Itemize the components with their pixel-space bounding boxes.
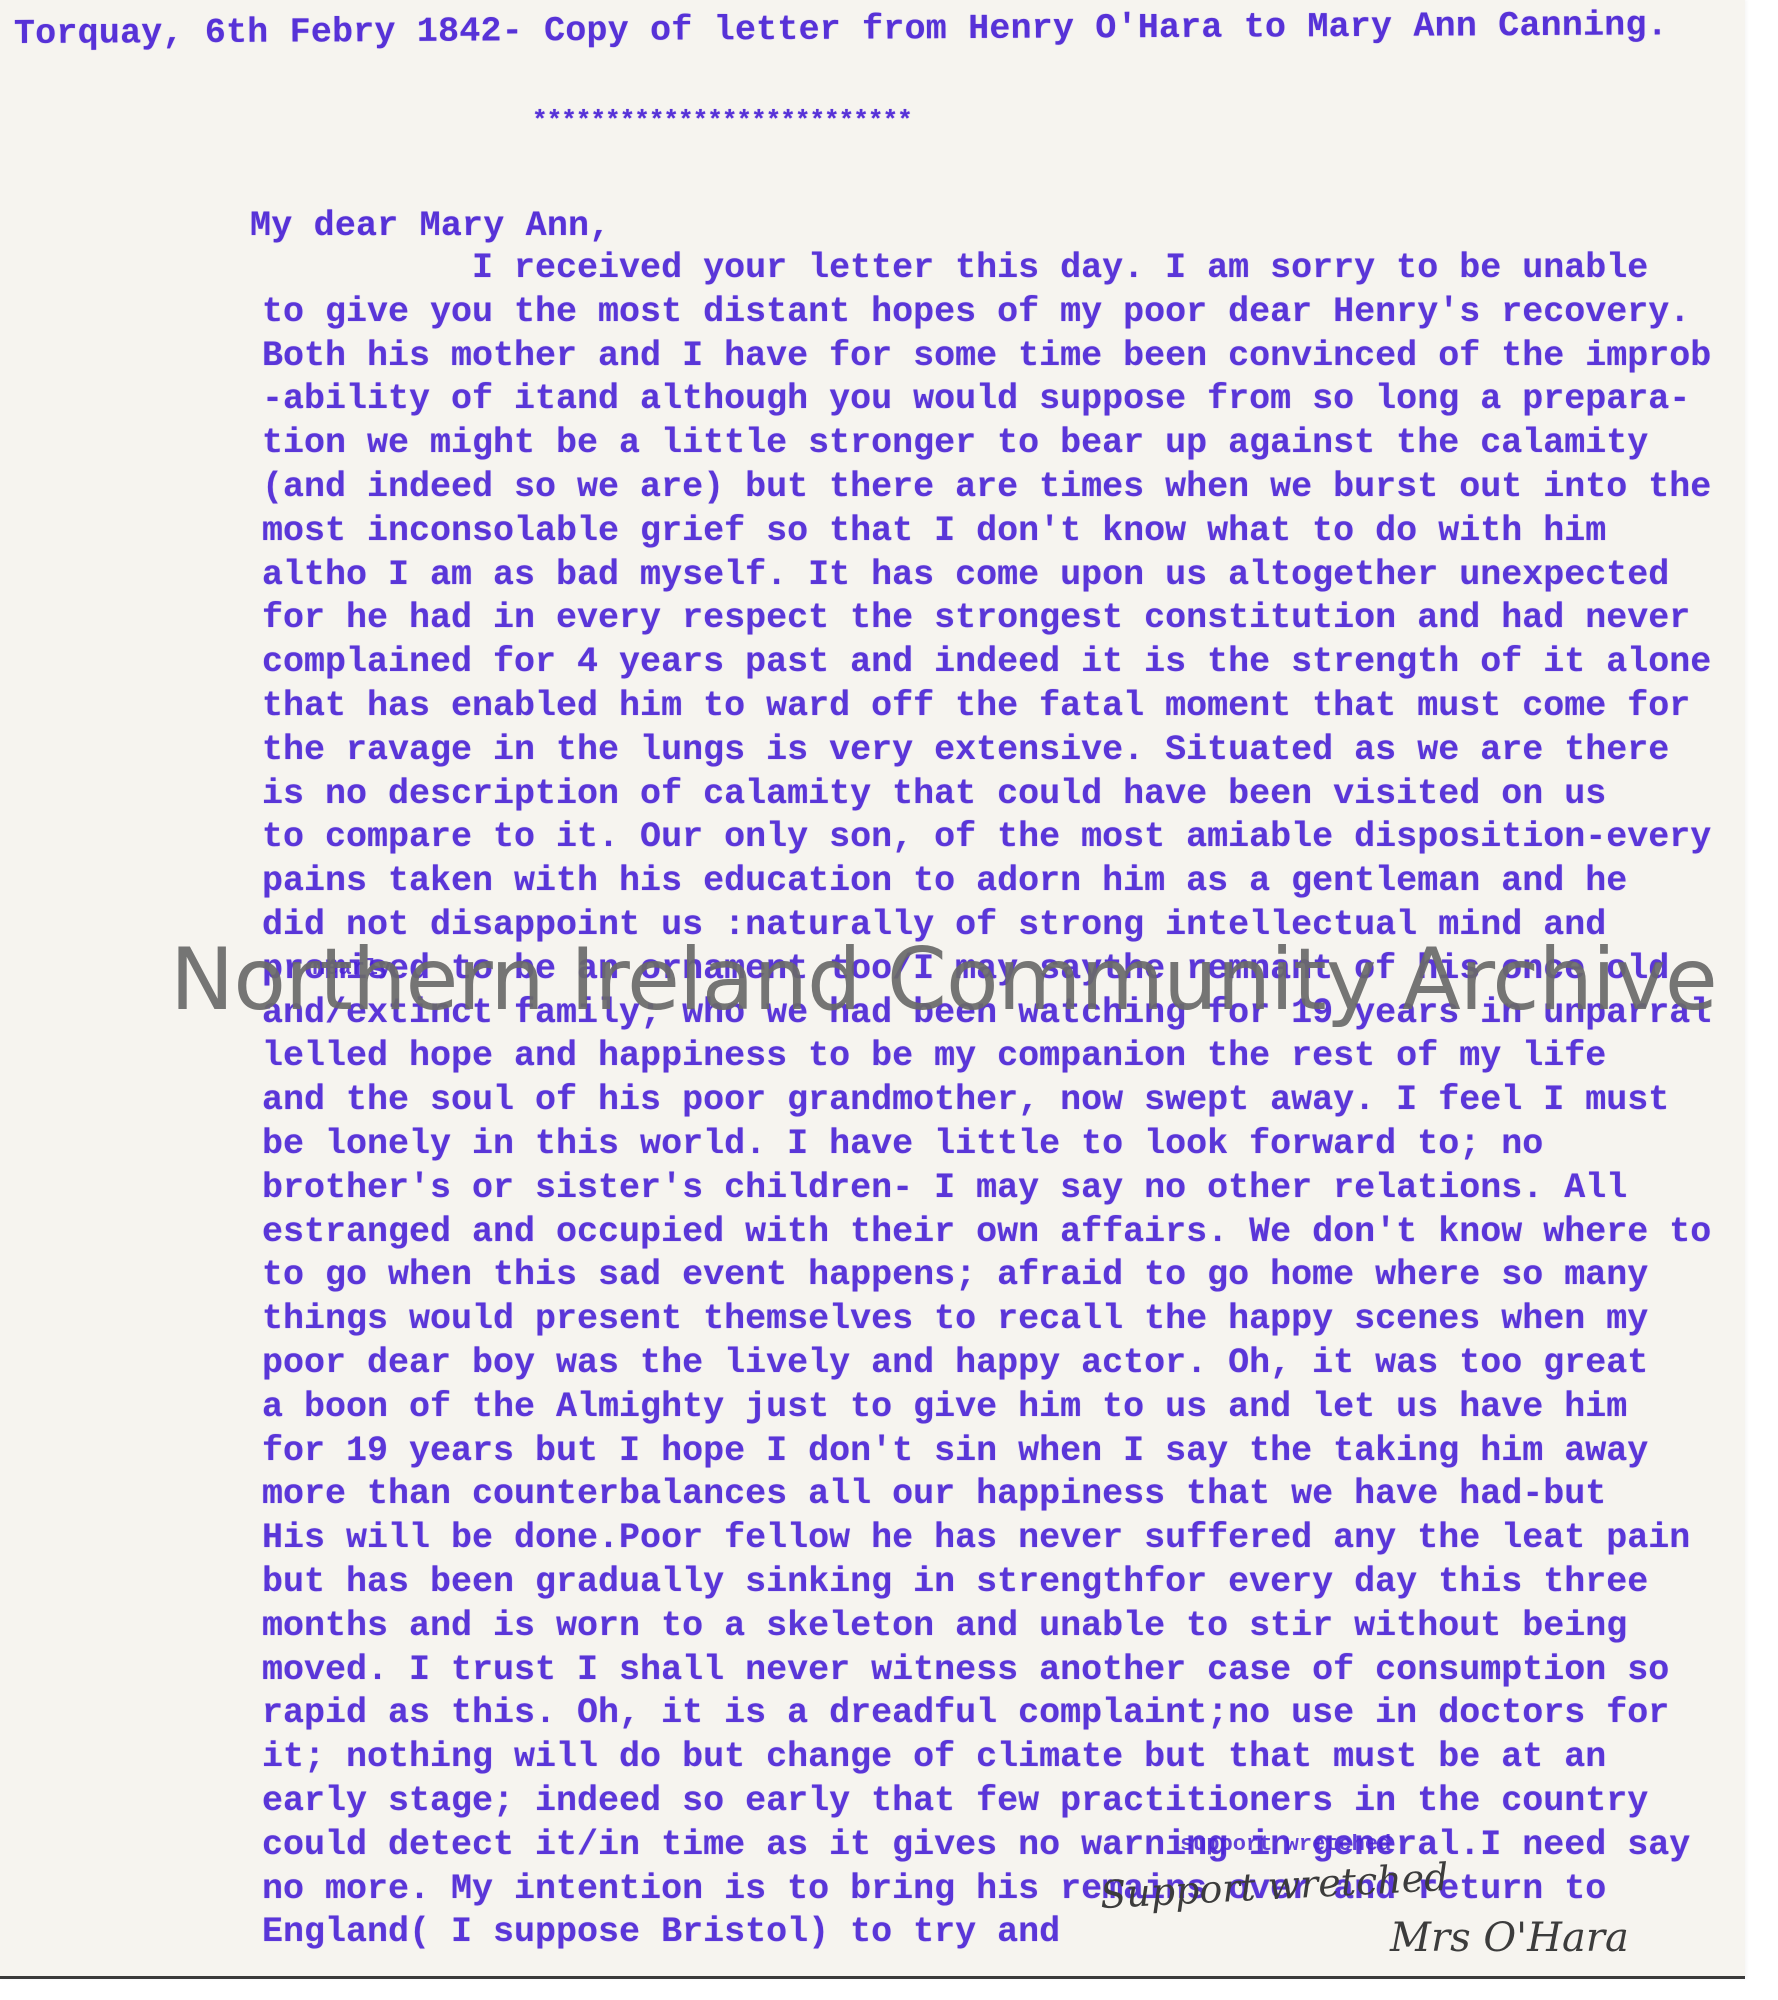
letter-line: it; nothing will do but change of climat… xyxy=(262,1737,1606,1777)
letter-line: a boon of the Almighty just to give him … xyxy=(262,1387,1627,1427)
letter-line: could detect it/in time as it gives no w… xyxy=(262,1825,1690,1865)
handwritten-signature: Mrs O'Hara xyxy=(1390,1915,1629,1961)
letter-line: for he had in every respect the stronges… xyxy=(262,598,1690,638)
letter-page: Torquay, 6th Febry 1842- Copy of letter … xyxy=(0,0,1745,1979)
letter-line: lelled hope and happiness to be my compa… xyxy=(262,1036,1606,1076)
letter-line: but has been gradually sinking in streng… xyxy=(262,1562,1648,1602)
letter-line: is no description of calamity that could… xyxy=(262,774,1606,814)
letter-line: to give you the most distant hopes of my… xyxy=(262,292,1690,332)
letter-line: months and is worn to a skeleton and una… xyxy=(262,1606,1627,1646)
letter-line: more than counterbalances all our happin… xyxy=(262,1474,1606,1514)
letter-line: estranged and occupied with their own af… xyxy=(262,1212,1711,1252)
letter-line: early stage; indeed so early that few pr… xyxy=(262,1781,1648,1821)
letter-line: to compare to it. Our only son, of the m… xyxy=(262,817,1711,857)
letter-line: England( I suppose Bristol) to try and xyxy=(262,1912,1060,1952)
letter-line: complained for 4 years past and indeed i… xyxy=(262,642,1711,682)
letter-line: -ability of itand although you would sup… xyxy=(262,379,1690,419)
salutation: My dear Mary Ann, xyxy=(250,206,610,246)
letter-line: pains taken with his education to adorn … xyxy=(262,861,1627,901)
letter-line: (and indeed so we are) but there are tim… xyxy=(262,467,1711,507)
letter-line: the ravage in the lungs is very extensiv… xyxy=(262,730,1669,770)
interlinear-insertion-support-wretched: support wretched xyxy=(1180,1832,1391,1857)
document-title: Torquay, 6th Febry 1842- Copy of letter … xyxy=(14,5,1668,54)
letter-line: moved. I trust I shall never witness ano… xyxy=(262,1650,1669,1690)
archive-watermark: Northern Ireland Community Archive xyxy=(170,930,1717,1030)
letter-line: Both his mother and I have for some time… xyxy=(262,336,1711,376)
letter-line: brother's or sister's children- I may sa… xyxy=(262,1168,1627,1208)
letter-line: that has enabled him to ward off the fat… xyxy=(262,686,1690,726)
letter-line: altho I am as bad myself. It has come up… xyxy=(262,555,1669,595)
letter-line: rapid as this. Oh, it is a dreadful comp… xyxy=(262,1693,1669,1733)
letter-line: be lonely in this world. I have little t… xyxy=(262,1124,1543,1164)
separator-asterisks: ************************** xyxy=(532,106,912,136)
letter-line: poor dear boy was the lively and happy a… xyxy=(262,1343,1648,1383)
letter-line: and the soul of his poor grandmother, no… xyxy=(262,1080,1669,1120)
letter-line: I received your letter this day. I am so… xyxy=(262,248,1648,288)
letter-line: to go when this sad event happens; afrai… xyxy=(262,1255,1648,1295)
letter-line: His will be done.Poor fellow he has neve… xyxy=(262,1518,1690,1558)
letter-line: tion we might be a little stronger to be… xyxy=(262,423,1648,463)
letter-line: most inconsolable grief so that I don't … xyxy=(262,511,1606,551)
letter-line: for 19 years but I hope I don't sin when… xyxy=(262,1431,1648,1471)
letter-line: things would present themselves to recal… xyxy=(262,1299,1648,1339)
